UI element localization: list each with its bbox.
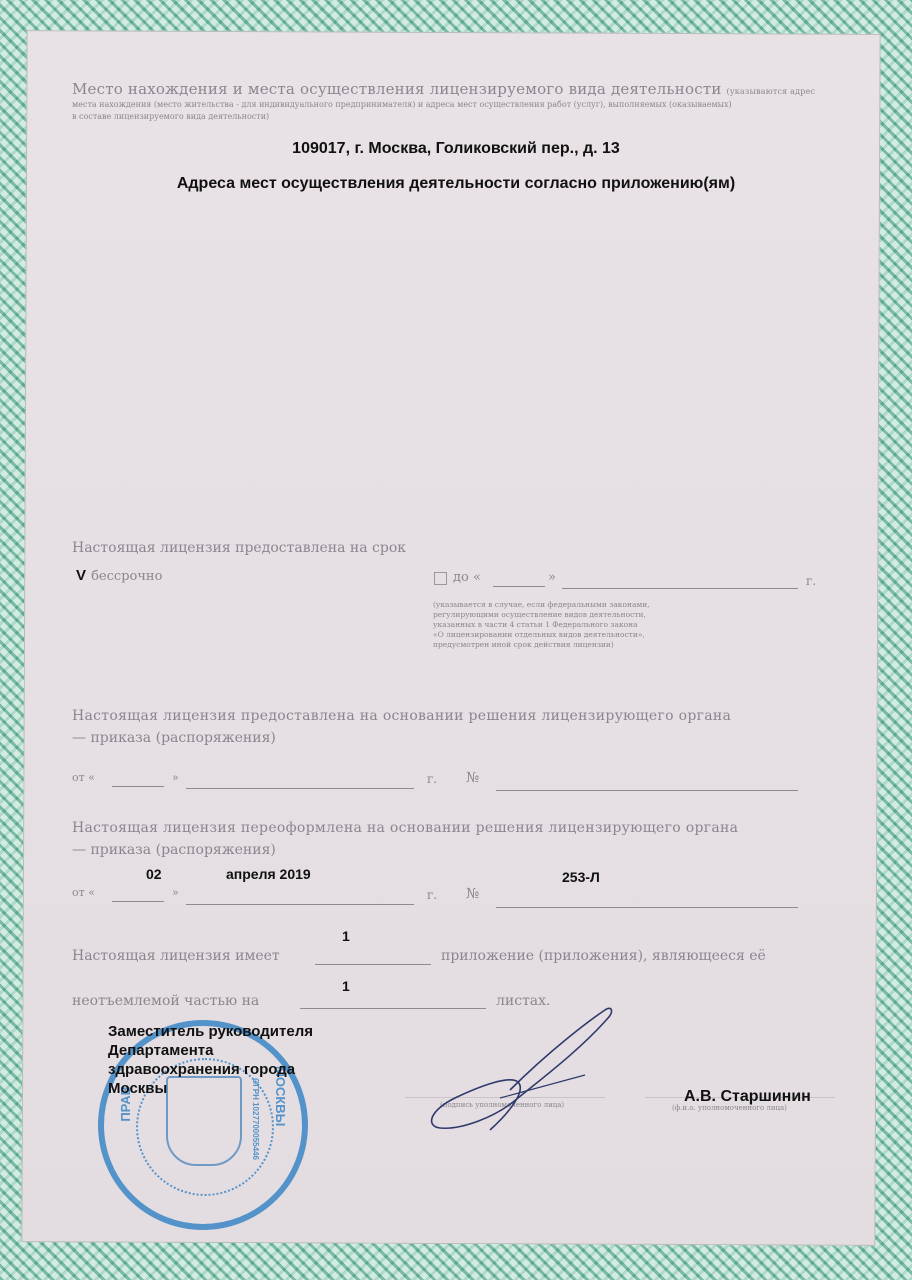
granted-from-label: от « <box>72 771 95 784</box>
term-year-suffix: г. <box>806 574 816 588</box>
location-heading: Место нахождения и места осуществления л… <box>72 80 842 98</box>
appendix-line-1-start: Настоящая лицензия имеет <box>72 948 280 964</box>
term-note-line: «О лицензировании отдельных видов деятел… <box>433 630 693 640</box>
granted-year-suffix: г. <box>427 772 437 786</box>
location-heading-text: Место нахождения и места осуществления л… <box>72 80 722 98</box>
signatory-position-line: здравоохранения города <box>108 1060 313 1079</box>
granted-close-quote: » <box>172 771 179 784</box>
location-note-line-2: места нахождения (место жительства - для… <box>72 99 842 111</box>
activity-addresses: Адреса мест осуществления деятельности с… <box>0 175 912 193</box>
term-unlimited-option: V бессрочно <box>76 565 162 584</box>
reissued-number-line <box>496 907 798 908</box>
license-address: 109017, г. Москва, Голиковский пер., д. … <box>0 140 912 158</box>
term-date-line <box>562 588 798 589</box>
location-note: места нахождения (место жительства - для… <box>72 99 842 123</box>
granted-line-1: Настоящая лицензия предоставлена на осно… <box>72 708 842 724</box>
signatory-position-line: Москвы <box>108 1079 313 1098</box>
location-note-line-3: в составе лицензируемого вида деятельнос… <box>72 111 842 123</box>
signatory-name: А.В. Старшинин <box>684 1088 811 1106</box>
reissued-day-line <box>112 901 164 902</box>
term-note-line: регулирующими осуществление видов деятел… <box>433 610 693 620</box>
reissued-line-2: — приказа (распоряжения) <box>72 842 276 858</box>
granted-date-line <box>186 788 414 789</box>
reissued-close-quote: » <box>172 886 179 899</box>
reissued-number-label: № <box>466 886 479 902</box>
reissued-date-line <box>186 904 414 905</box>
reissued-from-label: от « <box>72 886 95 899</box>
appendix-count: 1 <box>342 928 350 944</box>
term-note-line: указанных в части 4 статьи 1 Федеральног… <box>433 620 693 630</box>
granted-line-2: — приказа (распоряжения) <box>72 730 276 746</box>
reissued-day: 02 <box>146 866 162 882</box>
appendix-line-1-end: приложение (приложения), являющееся её <box>441 948 766 964</box>
reissued-month-year: апреля 2019 <box>226 866 311 882</box>
reissued-number: 253-Л <box>562 869 600 885</box>
handwritten-signature <box>400 1000 630 1140</box>
checkmark-icon: V <box>76 567 86 584</box>
appendix-line-2-start: неотъемлемой частью на <box>72 993 259 1009</box>
signatory-position-line: Департамента <box>108 1041 313 1060</box>
reissued-year-suffix: г. <box>427 888 437 902</box>
appendix-count-line <box>315 964 431 965</box>
signatory-position: Заместитель руководителя Департамента зд… <box>108 1022 313 1098</box>
granted-day-line <box>112 786 164 787</box>
location-heading-note: (указываются адрес <box>727 87 816 96</box>
term-until-checkbox <box>434 572 447 585</box>
granted-number-label: № <box>466 770 479 786</box>
term-until-label: до « <box>453 570 481 585</box>
reissued-line-1: Настоящая лицензия переоформлена на осно… <box>72 820 842 836</box>
term-close-quote: » <box>548 570 556 585</box>
granted-number-line <box>496 790 798 791</box>
term-note-line: (указывается в случае, если федеральными… <box>433 600 693 610</box>
term-note-line: предусмотрен иной срок действия лицензии… <box>433 640 693 650</box>
term-unlimited-label: бессрочно <box>91 569 162 584</box>
term-day-line <box>493 586 545 587</box>
signatory-position-line: Заместитель руководителя <box>108 1022 313 1041</box>
appendix-sheets: 1 <box>342 978 350 994</box>
term-label: Настоящая лицензия предоставлена на срок <box>72 540 406 556</box>
term-note: (указывается в случае, если федеральными… <box>433 600 693 650</box>
